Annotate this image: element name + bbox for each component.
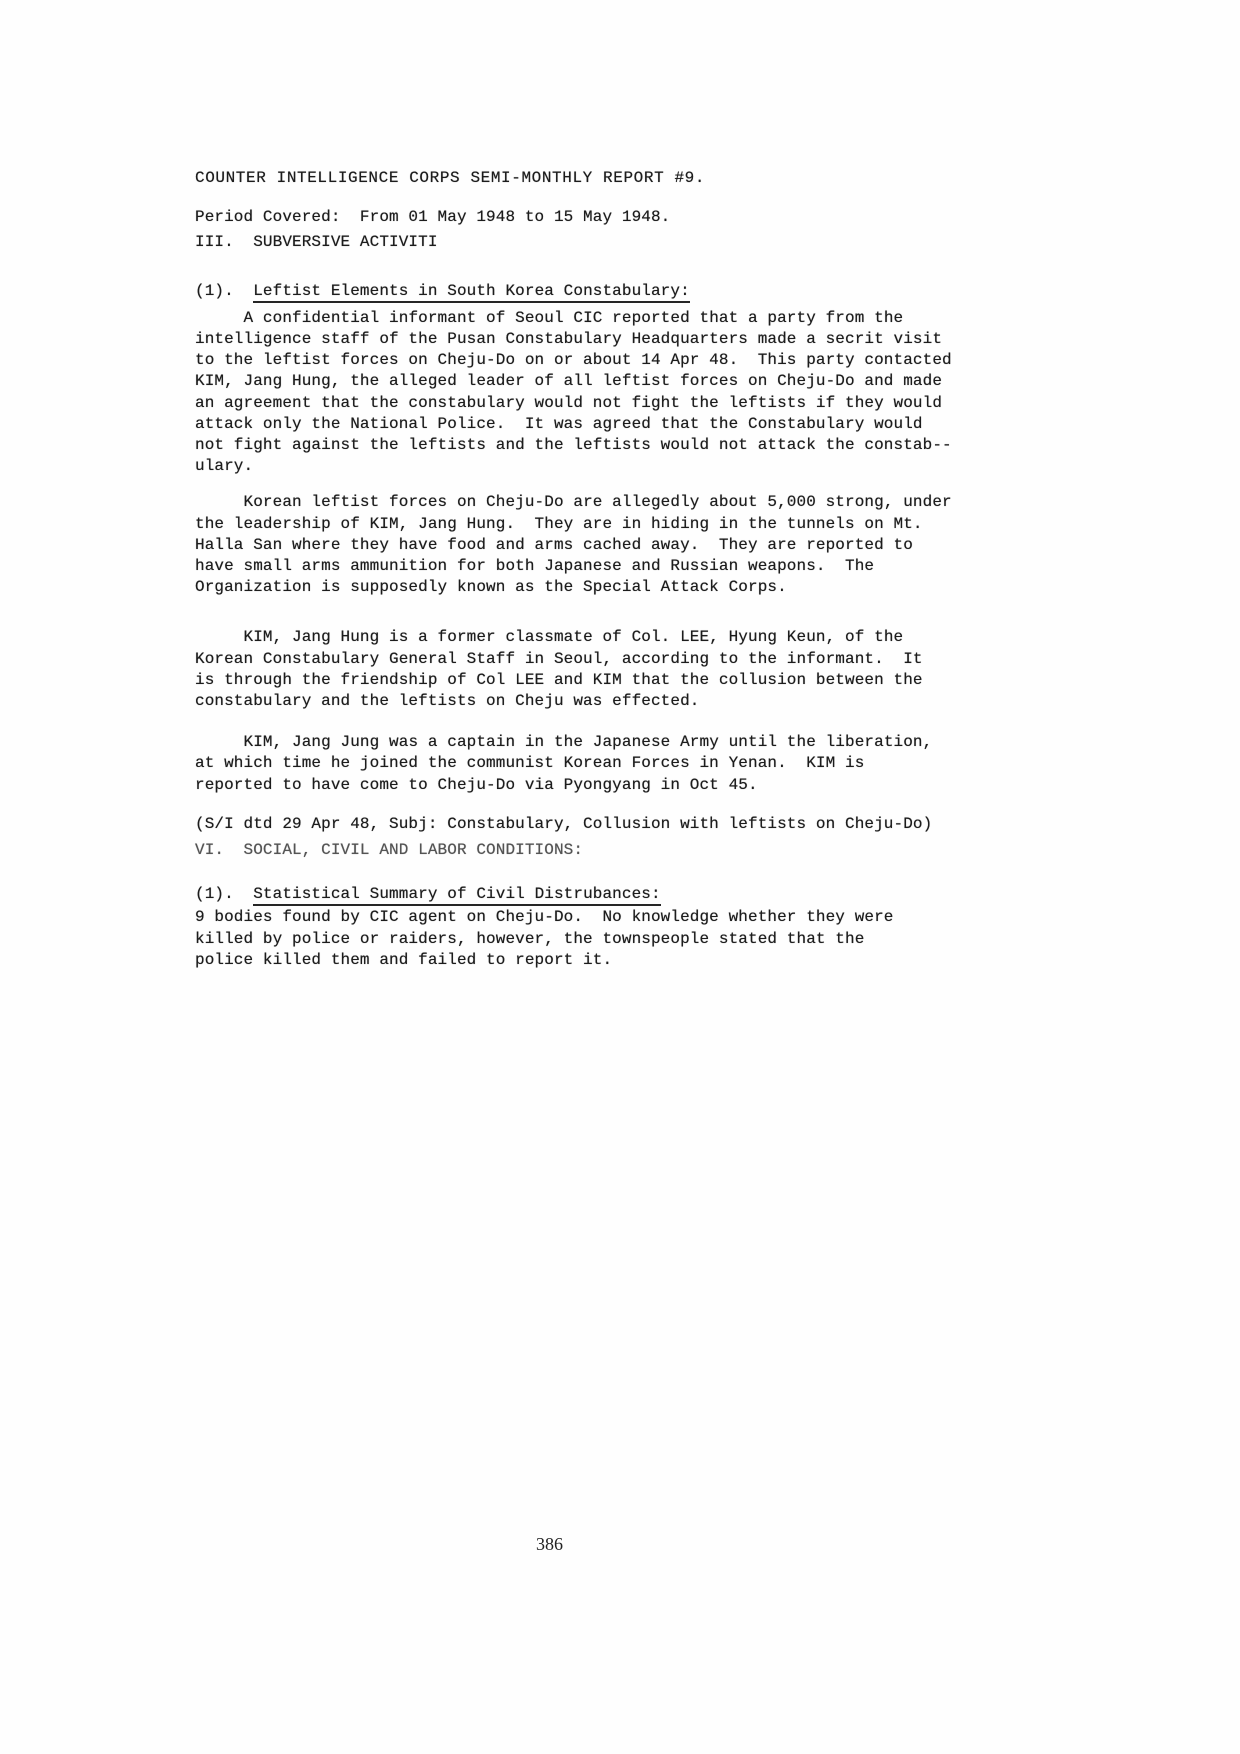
paragraph-leftist-forces-strength: Korean leftist forces on Cheju-Do are al…	[195, 492, 995, 598]
paragraph-kim-classmate: KIM, Jang Hung is a former classmate of …	[195, 627, 995, 712]
period-covered-line: Period Covered: From 01 May 1948 to 15 M…	[195, 207, 995, 228]
subsection-heading-leftist-elements: (1). Leftist Elements in South Korea Con…	[195, 281, 995, 302]
subsection-number: (1).	[195, 282, 253, 300]
report-body: COUNTER INTELLIGENCE CORPS SEMI-MONTHLY …	[195, 168, 995, 971]
subsection-heading-text: Leftist Elements in South Korea Constabu…	[253, 282, 690, 303]
scanned-report-page: COUNTER INTELLIGENCE CORPS SEMI-MONTHLY …	[0, 0, 1240, 1754]
paragraph-informant-report: A confidential informant of Seoul CIC re…	[195, 308, 995, 478]
source-reference-line: (S/I dtd 29 Apr 48, Subj: Constabulary, …	[195, 814, 995, 835]
subsection-heading-statistical-summary: (1). Statistical Summary of Civil Distru…	[195, 884, 995, 905]
section-vi-heading: VI. SOCIAL, CIVIL AND LABOR CONDITIONS:	[195, 840, 995, 861]
report-title: COUNTER INTELLIGENCE CORPS SEMI-MONTHLY …	[195, 168, 995, 189]
section-iii-heading: III. SUBVERSIVE ACTIVITI	[195, 232, 995, 253]
subsection-number: (1).	[195, 885, 253, 903]
paragraph-bodies-found: 9 bodies found by CIC agent on Cheju-Do.…	[195, 907, 995, 971]
subsection-heading-text: Statistical Summary of Civil Distrubance…	[253, 885, 660, 906]
paragraph-kim-background: KIM, Jang Jung was a captain in the Japa…	[195, 732, 995, 796]
page-number: 386	[536, 1534, 563, 1555]
